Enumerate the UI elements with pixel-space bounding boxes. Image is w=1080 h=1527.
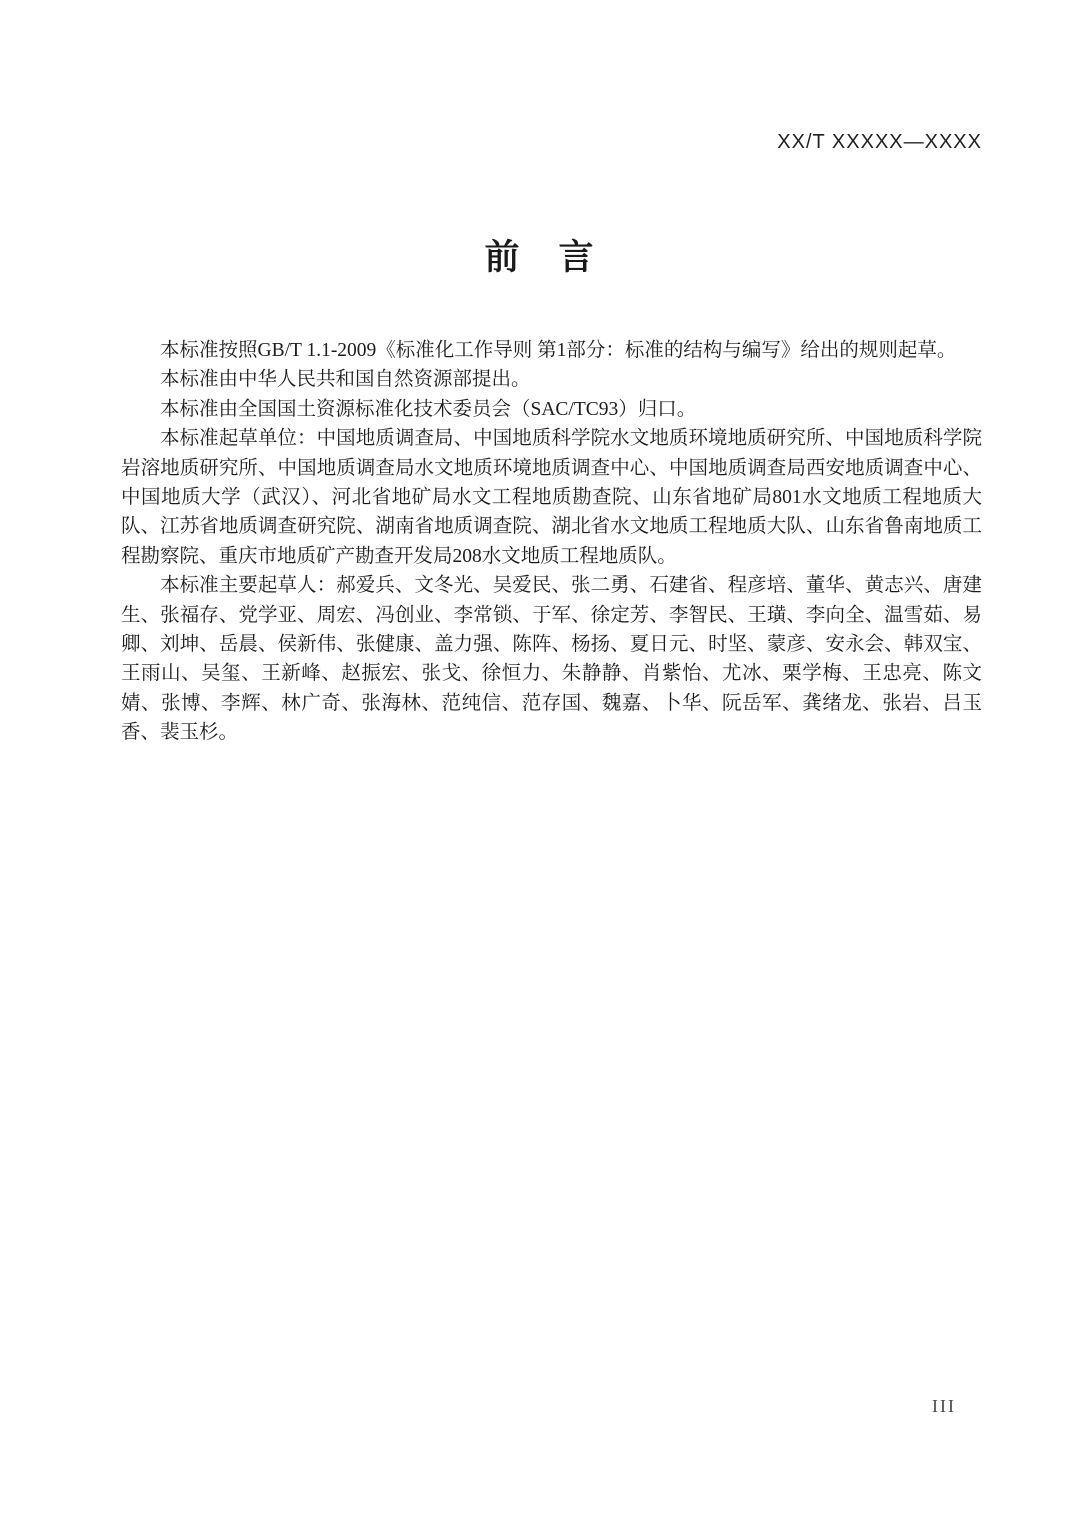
paragraph-drafting-organizations: 本标准起草单位：中国地质调查局、中国地质科学院水文地质环境地质研究所、中国地质科… <box>121 424 982 571</box>
foreword-content: 本标准按照GB/T 1.1-2009《标准化工作导则 第1部分：标准的结构与编写… <box>121 336 982 748</box>
paragraph-drafting-rules: 本标准按照GB/T 1.1-2009《标准化工作导则 第1部分：标准的结构与编写… <box>121 336 982 365</box>
paragraph-main-drafters: 本标准主要起草人：郝爱兵、文冬光、吴爱民、张二勇、石建省、程彦培、董华、黄志兴、… <box>121 571 982 747</box>
page-number: III <box>932 1396 956 1417</box>
document-page: XX/T XXXXX—XXXX 前 言 本标准按照GB/T 1.1-2009《标… <box>0 0 1080 1527</box>
standard-code-header: XX/T XXXXX—XXXX <box>777 131 982 154</box>
paragraph-proposed-by: 本标准由中华人民共和国自然资源部提出。 <box>121 365 982 394</box>
paragraph-centralized-by: 本标准由全国国土资源标准化技术委员会（SAC/TC93）归口。 <box>121 395 982 424</box>
page-title: 前 言 <box>0 230 1080 280</box>
